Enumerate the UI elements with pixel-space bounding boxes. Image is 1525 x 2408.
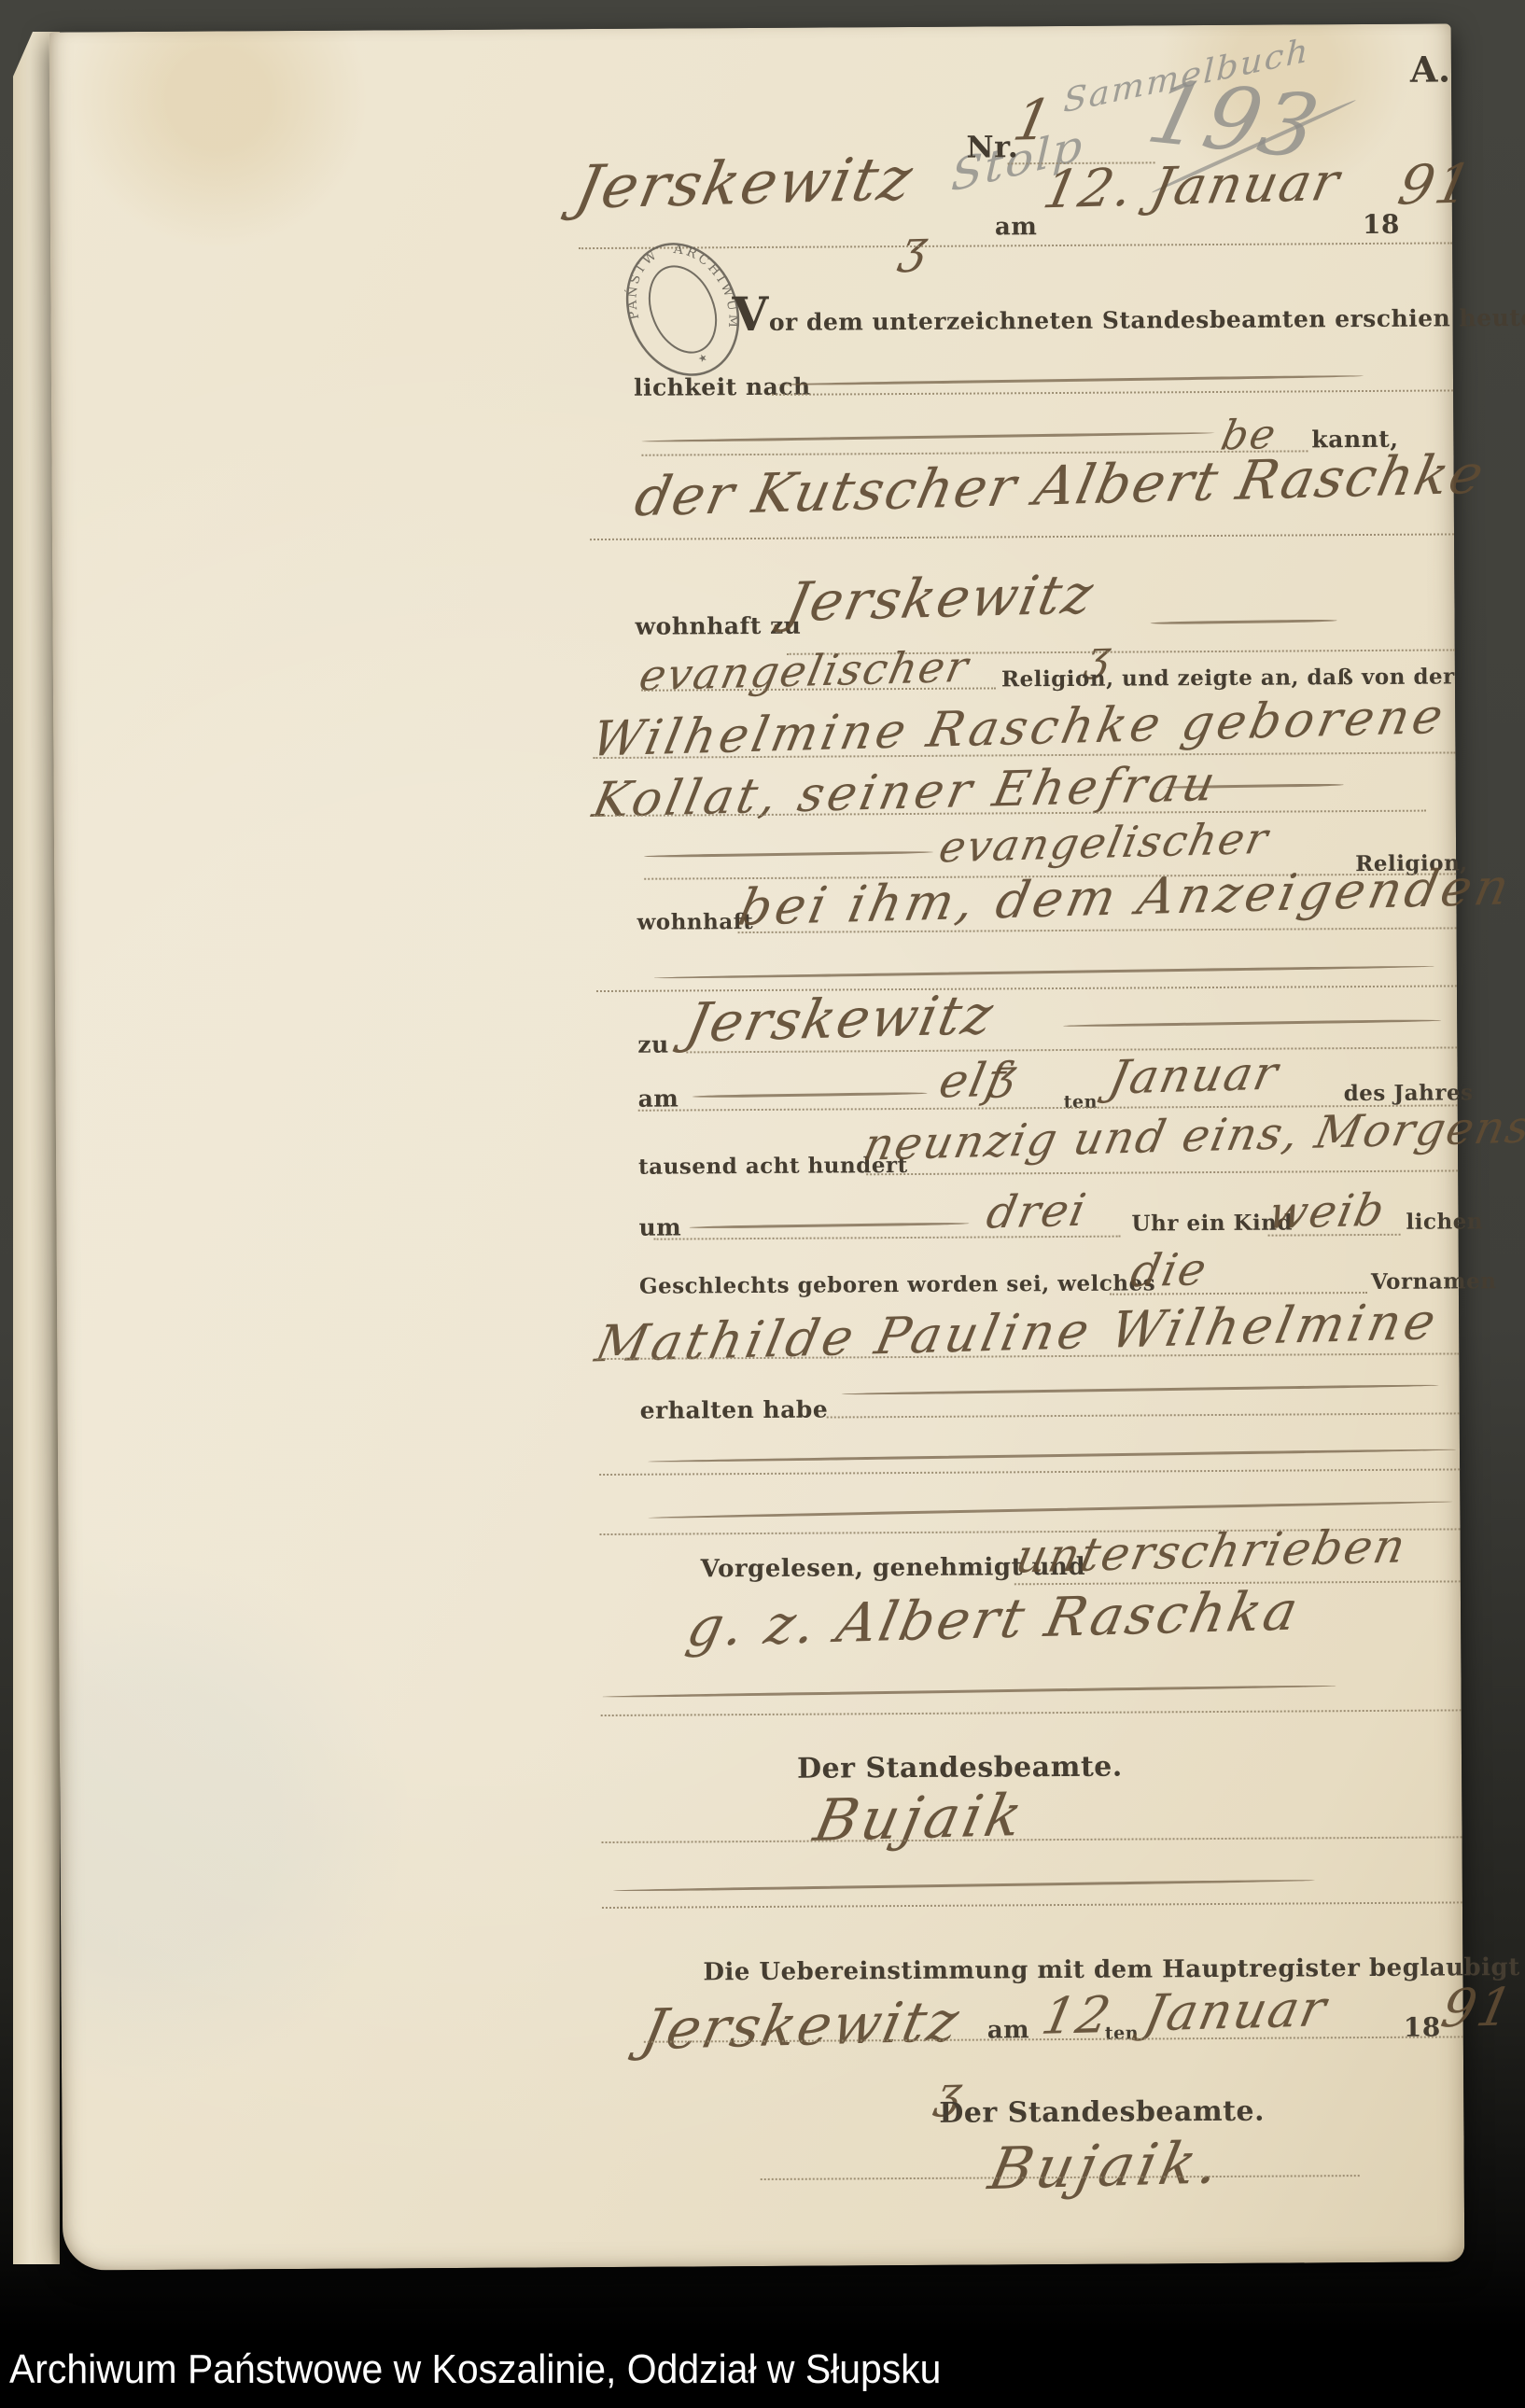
sexline-end-printed: Vornamen (1371, 1268, 1497, 1295)
registrar-signature2-handwriting: Bujaik. (984, 2128, 1229, 2203)
document-scan: A. Sammelbuch Stolp 193 Nr. 1 Jerskewitz… (0, 0, 1525, 2408)
ruled-line (602, 1836, 1462, 1843)
archive-caption-bar: Archiwum Państwowe w Koszalinie, Oddział… (0, 2330, 1525, 2408)
approval-handwriting: unterschrieben (1012, 1519, 1412, 1583)
pen-stroke (641, 431, 1214, 442)
certdate-month-handwriting: Januar (1140, 1979, 1333, 2042)
pen-stroke (603, 1685, 1336, 1699)
pen-stroke (690, 1222, 970, 1228)
child-names-handwriting: Mathilde Pauline Wilhelmine (591, 1292, 1445, 1373)
birthtime-end-printed: lichen (1406, 1209, 1483, 1235)
pen-stroke (648, 1449, 1456, 1463)
ruled-line (772, 389, 1453, 395)
registrar-signature-handwriting: Bujaik (808, 1781, 1031, 1855)
birthplace-label: zu (637, 1031, 669, 1058)
pen-stroke (777, 374, 1364, 385)
dateline-date-handwriting: 12. Januar (1038, 152, 1346, 221)
ruled-line (866, 1169, 1458, 1175)
birthdate-am-label: am (638, 1085, 679, 1113)
intro-line2: lichkeit nach (634, 373, 811, 401)
pen-stroke (842, 1384, 1439, 1395)
pen-stroke (648, 1500, 1452, 1519)
ruled-line (590, 533, 1454, 540)
certdate-place-handwriting: Jerskewitz (637, 1989, 966, 2063)
register-page: A. Sammelbuch Stolp 193 Nr. 1 Jerskewitz… (49, 23, 1465, 2270)
corner-letter: A. (1410, 48, 1451, 90)
sexline-printed: Geschlechts geboren worden sei, welches (639, 1270, 1155, 1298)
archive-caption-text: Archiwum Państwowe w Koszalinie, Oddział… (9, 2346, 941, 2393)
birthdate-day-handwriting: elf (935, 1053, 1012, 1109)
received-printed: erhalten habe (640, 1396, 829, 1424)
pen-stroke (1063, 1019, 1441, 1028)
birthtime-sex-handwriting: weib (1264, 1184, 1391, 1239)
registrar-label2: Der Standesbeamte. (939, 2095, 1265, 2130)
certdate-ten-label: ten (1105, 2023, 1139, 2044)
pen-stroke (1151, 619, 1337, 624)
certdate-year-handwriting: 91 (1436, 1977, 1519, 2039)
birthtime-hour-handwriting: drei (982, 1184, 1091, 1239)
ruled-line (601, 1709, 1462, 1716)
ruled-line (599, 1468, 1460, 1476)
birthdate-ten-label: ten (1064, 1092, 1098, 1113)
religion1-printed: Religion, und zeigte an, daß von der (1001, 664, 1455, 692)
dateline-am-label: am (995, 213, 1038, 241)
residence-label: wohnhaft zu (636, 612, 802, 640)
pen-stroke (654, 965, 1434, 979)
pen-stroke (613, 1879, 1315, 1892)
religion2-handwriting: evangelischer (935, 813, 1274, 873)
ruled-line (602, 1901, 1462, 1909)
certdate-year-prefix: 18 (1404, 2012, 1441, 2043)
stamp-star: ★ (696, 351, 709, 366)
religion1-handwriting: evangelischer (636, 641, 974, 701)
residence2-handwriting: bei ihm, dem Anzeigenden (734, 857, 1518, 936)
birthdate-month-handwriting: Januar (1104, 1046, 1284, 1105)
declarant-signature-handwriting: g. z. Albert Raschka (682, 1579, 1306, 1659)
residence-handwriting: Jerskewitz (781, 562, 1100, 634)
dateline-place-handwriting: Jerskewitz (569, 145, 919, 223)
dateline-year-handwriting: 91 (1393, 151, 1479, 217)
ruled-line (827, 1412, 1460, 1418)
intro-line1: Vor dem unterzeichneten Standesbeamten e… (732, 295, 1525, 336)
registrar-label: Der Standesbeamte. (797, 1751, 1123, 1785)
ruled-line (1268, 1234, 1401, 1237)
birthplace-handwriting: Jerskewitz (681, 983, 1000, 1055)
birthyear-handwriting: neunzig und eins, Morgens (860, 1100, 1525, 1170)
certification-printed: Die Uebereinstimmung mit dem Hauptregist… (703, 1953, 1519, 1986)
ruled-line (654, 1236, 1121, 1240)
birthtime-um-label: um (638, 1213, 681, 1240)
sexline-article-handwriting: die (1126, 1243, 1212, 1297)
pen-stroke (693, 1092, 928, 1099)
pen-stroke (644, 850, 933, 858)
